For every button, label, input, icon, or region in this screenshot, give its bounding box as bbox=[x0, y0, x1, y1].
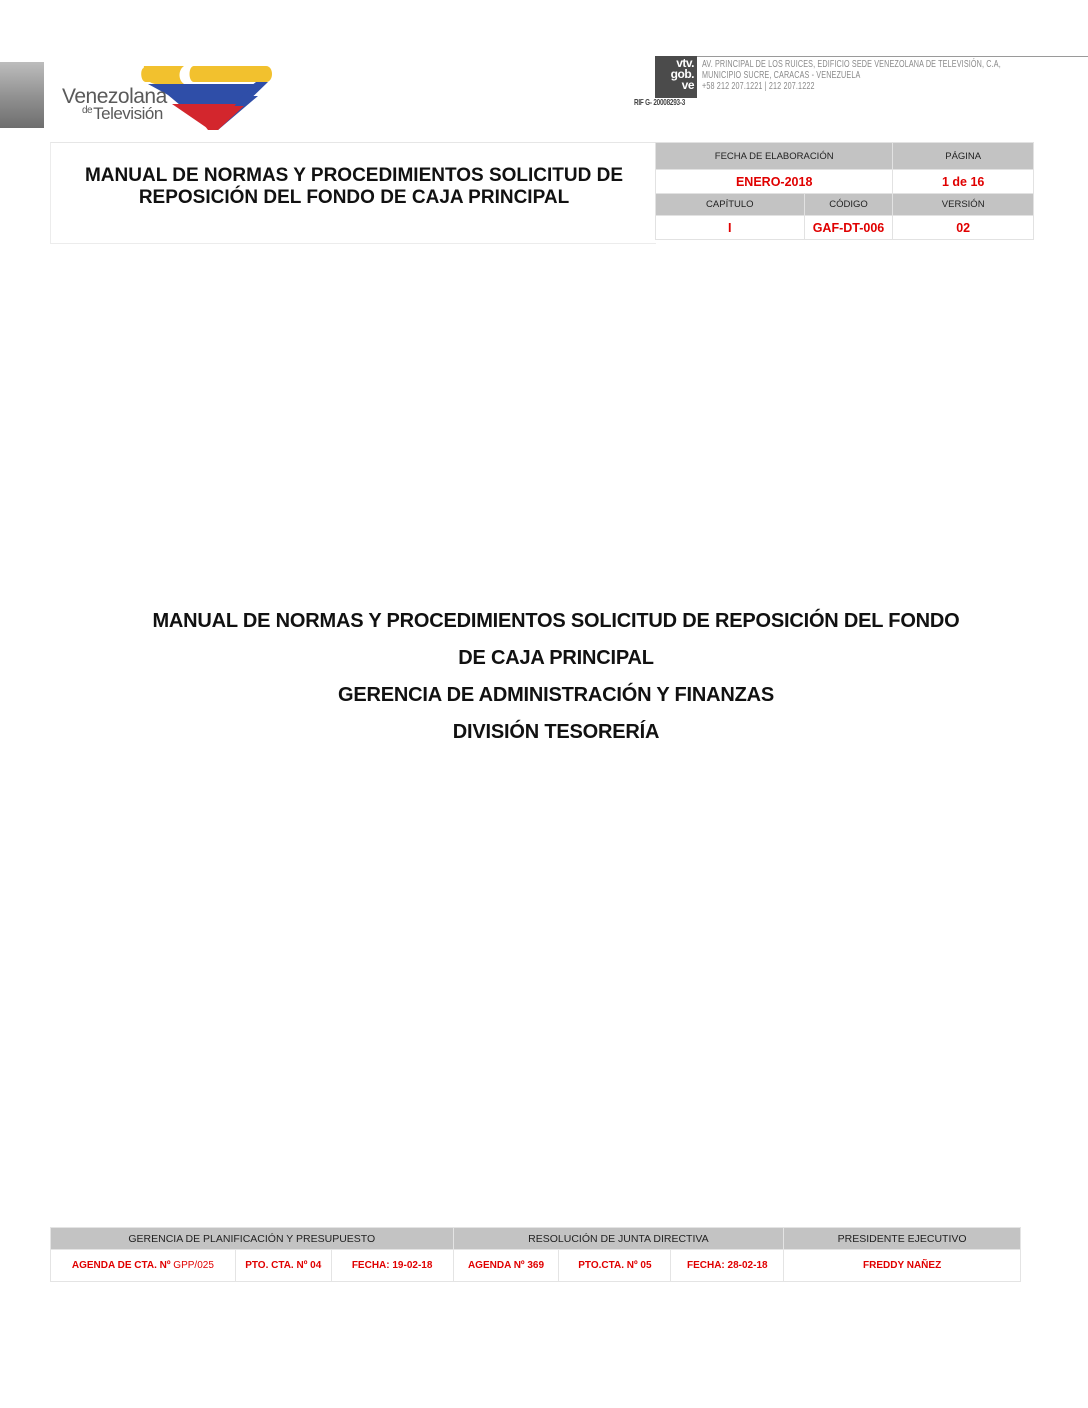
gob-ve-logo-icon: vtv. gob. ve bbox=[655, 56, 697, 98]
cover-division: DIVISIÓN TESORERÍA bbox=[0, 717, 1088, 754]
agenda-label: AGENDA DE CTA. Nº bbox=[72, 1260, 171, 1271]
cover-title-line: MANUAL DE NORMAS Y PROCEDIMIENTOS SOLICI… bbox=[0, 606, 1088, 643]
brand-prefix: de bbox=[82, 105, 92, 116]
letterhead-rule bbox=[660, 56, 1088, 57]
agenda-value: GPP/025 bbox=[171, 1260, 214, 1271]
brand-word: Televisión bbox=[93, 104, 163, 123]
document-title: MANUAL DE NORMAS Y PROCEDIMIENTOS SOLICI… bbox=[51, 165, 657, 209]
address-line: AV. PRINCIPAL DE LOS RUICES, EDIFICIO SE… bbox=[702, 59, 1001, 70]
junta-agenda: AGENDA Nº 369 bbox=[453, 1250, 559, 1282]
codigo-value: GAF-DT-006 bbox=[804, 216, 893, 240]
junta-fecha: FECHA: 28-02-18 bbox=[671, 1250, 784, 1282]
codigo-label: CÓDIGO bbox=[804, 194, 893, 216]
document-title-line: REPOSICIÓN DEL FONDO DE CAJA PRINCIPAL bbox=[51, 187, 657, 209]
version-label: VERSIÓN bbox=[893, 194, 1034, 216]
pagina-value: 1 de 16 bbox=[893, 170, 1034, 194]
capitulo-value: I bbox=[656, 216, 805, 240]
planificacion-header: GERENCIA DE PLANIFICACIÓN Y PRESUPUESTO bbox=[51, 1228, 454, 1250]
junta-header: RESOLUCIÓN DE JUNTA DIRECTIVA bbox=[453, 1228, 784, 1250]
presidente-header: PRESIDENTE EJECUTIVO bbox=[784, 1228, 1021, 1250]
cover-department: GERENCIA DE ADMINISTRACIÓN Y FINANZAS bbox=[0, 680, 1088, 717]
cover-title-block: MANUAL DE NORMAS Y PROCEDIMIENTOS SOLICI… bbox=[0, 606, 1088, 754]
address-block: AV. PRINCIPAL DE LOS RUICES, EDIFICIO SE… bbox=[702, 59, 1001, 92]
rif-number: RIF G- 20008293-3 bbox=[634, 97, 685, 107]
pagina-label: PÁGINA bbox=[893, 143, 1034, 170]
brand-name-line2: deTelevisión bbox=[82, 104, 163, 124]
gob-logo-line: ve bbox=[655, 80, 694, 91]
planificacion-punto: PTO. CTA. Nº 04 bbox=[235, 1250, 331, 1282]
junta-punto: PTO.CTA. Nº 05 bbox=[559, 1250, 671, 1282]
cover-title-line: DE CAJA PRINCIPAL bbox=[0, 643, 1088, 680]
document-meta-table: FECHA DE ELABORACIÓN PÁGINA ENERO-2018 1… bbox=[655, 142, 1034, 240]
address-line: MUNICIPIO SUCRE, CARACAS - VENEZUELA bbox=[702, 70, 1001, 81]
planificacion-fecha: FECHA: 19-02-18 bbox=[331, 1250, 453, 1282]
address-line: +58 212 207.1221 | 212 207.1222 bbox=[702, 81, 1001, 92]
header-title-box: MANUAL DE NORMAS Y PROCEDIMIENTOS SOLICI… bbox=[50, 142, 656, 244]
planificacion-agenda: AGENDA DE CTA. Nº GPP/025 bbox=[51, 1250, 236, 1282]
document-title-line: MANUAL DE NORMAS Y PROCEDIMIENTOS SOLICI… bbox=[51, 165, 657, 187]
fecha-value: ENERO-2018 bbox=[656, 170, 893, 194]
fecha-label: FECHA DE ELABORACIÓN bbox=[656, 143, 893, 170]
presidente-name: FREDDY NAÑEZ bbox=[784, 1250, 1021, 1282]
version-value: 02 bbox=[893, 216, 1034, 240]
decorative-side-bar bbox=[0, 62, 44, 128]
capitulo-label: CAPÍTULO bbox=[656, 194, 805, 216]
approval-table: GERENCIA DE PLANIFICACIÓN Y PRESUPUESTO … bbox=[50, 1227, 1021, 1282]
